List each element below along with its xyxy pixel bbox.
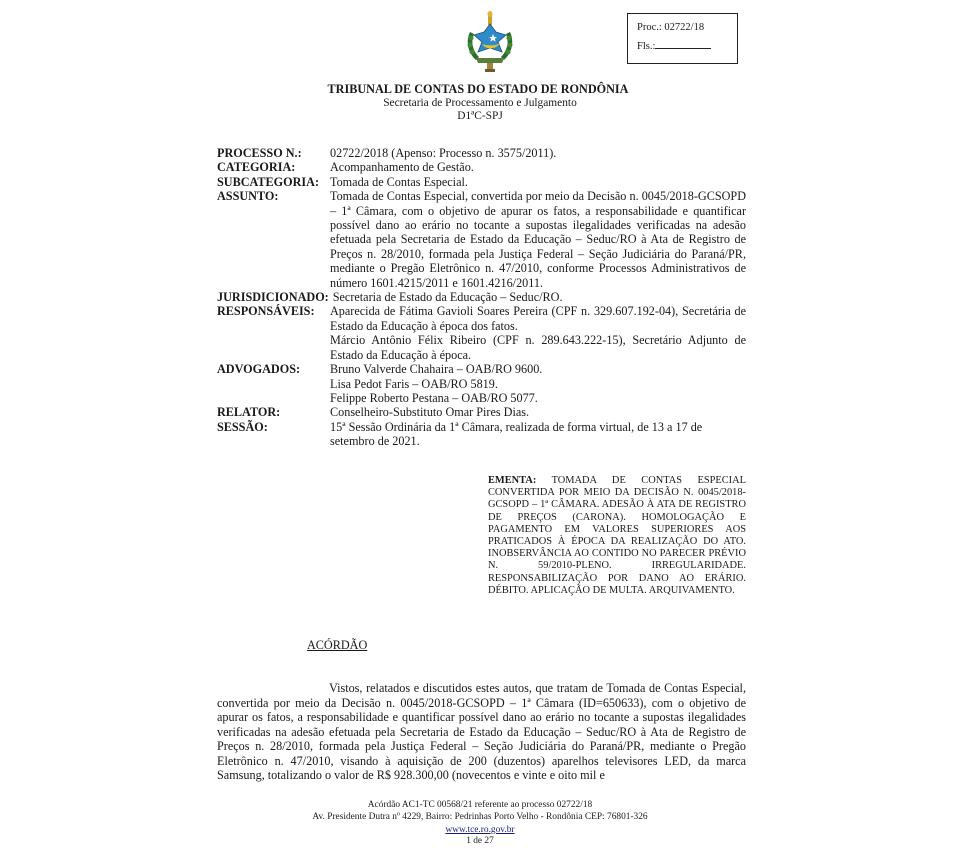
footer-address: Av. Presidente Dutra nº 4229, Bairro: Pe… xyxy=(0,812,960,823)
ementa-text: TOMADA DE CONTAS ESPECIAL CONVERTIDA POR… xyxy=(488,475,746,596)
rondonia-coat-of-arms-icon xyxy=(462,10,518,74)
meta-jurisdicionado: JURISDICIONADO: Secretaria de Estado da … xyxy=(217,290,746,304)
ementa-label: EMENTA: xyxy=(488,475,536,486)
meta-processo: PROCESSO N.: 02722/2018 (Apenso: Process… xyxy=(217,146,746,160)
proc-value: 02722/18 xyxy=(664,22,704,33)
meta-subcategoria: SUBCATEGORIA: Tomada de Contas Especial. xyxy=(217,175,746,189)
case-metadata: PROCESSO N.: 02722/2018 (Apenso: Process… xyxy=(217,146,746,449)
division-name: D1ªC-SPJ xyxy=(0,110,960,122)
website-link[interactable]: www.tce.ro.gov.br xyxy=(445,825,514,835)
proc-label: Proc.: xyxy=(637,22,662,33)
acordao-heading: ACÓRDÃO xyxy=(307,638,367,653)
meta-sessao: SESSÃO: 15ª Sessão Ordinária da 1ª Câmar… xyxy=(217,420,746,449)
document-page: Proc.: 02722/18 Fls.: TRIBUNAL DE CONTAS… xyxy=(0,0,960,860)
fls-line: Fls.: xyxy=(637,37,737,56)
fls-blank xyxy=(655,38,711,49)
process-stamp-box: Proc.: 02722/18 Fls.: xyxy=(627,13,738,64)
footer-reference: Acórdão AC1-TC 00568/21 referente ao pro… xyxy=(0,800,960,811)
acordao-paragraph: Vistos, relatados e discutidos estes aut… xyxy=(217,681,746,783)
meta-responsaveis: RESPONSÁVEIS: Aparecida de Fátima Gaviol… xyxy=(217,304,746,362)
page-number: 1 de 27 xyxy=(0,836,960,847)
fls-label: Fls.: xyxy=(637,41,655,52)
meta-assunto: ASSUNTO: Tomada de Contas Especial, conv… xyxy=(217,189,746,290)
department-name: Secretaria de Processamento e Julgamento xyxy=(0,97,960,109)
meta-categoria: CATEGORIA: Acompanhamento de Gestão. xyxy=(217,160,746,174)
institution-name: TRIBUNAL DE CONTAS DO ESTADO DE RONDÔNIA xyxy=(0,82,960,97)
proc-number-line: Proc.: 02722/18 xyxy=(637,18,737,37)
meta-relator: RELATOR: Conselheiro-Substituto Omar Pir… xyxy=(217,405,746,419)
meta-advogados: ADVOGADOS: Bruno Valverde Chahaira – OAB… xyxy=(217,362,746,405)
footer-website-wrap: www.tce.ro.gov.br xyxy=(0,825,960,836)
ementa-summary: EMENTA: TOMADA DE CONTAS ESPECIAL CONVER… xyxy=(488,475,746,597)
